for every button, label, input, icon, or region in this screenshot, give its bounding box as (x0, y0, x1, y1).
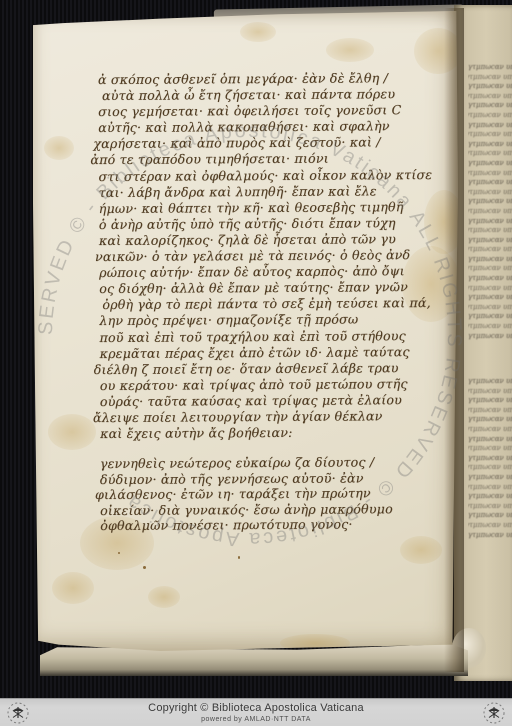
stain (240, 22, 276, 42)
stain (326, 38, 374, 62)
copyright-bar: Copyright © Biblioteca Apostolica Vatica… (0, 698, 512, 726)
manuscript-line: αὐτῆς· καὶ πολλὰ κακοπαθήσει· καὶ σφαλὴν (98, 118, 434, 136)
manuscript-line: οἰκείαν· διὰ γυναικός· ἔσω ἀνὴρ μακρόθυμ… (100, 501, 436, 519)
manuscript-line: ὀφθαλμῶν πονέσει· πρωτότυπο γονος· (100, 516, 436, 534)
book-gutter-shadow (444, 8, 464, 672)
manuscript-line: ὀρθὴ γὰρ τὸ περὶ πάντα τὸ σεξ ἐμὴ τεύσει… (102, 295, 435, 313)
powered-by-text: powered by AMLAD·NTT DATA (148, 716, 364, 723)
stain (48, 414, 96, 450)
manuscript-line: καὶ ἔχεις αὐτὴν ἄς βοήθειαν: (100, 424, 436, 442)
stain (44, 136, 74, 160)
facing-page-bleedthrough-text-2: γτμπωϲαν υπτϲμω γνατπ ϲμω τπνγτμπωϲαν υπ… (468, 377, 512, 540)
ink-speck (118, 552, 120, 554)
manuscript-line: κρεμᾶται πέρας ἔχει ἀπὸ ἐτῶν ιδ· λαμὲ τα… (100, 344, 436, 362)
stain (52, 572, 94, 604)
copyright-text: Copyright © Biblioteca Apostolica Vatica… (148, 703, 364, 714)
greek-text-block-2: γεννηθεὶς νεώτερος εὐκαίρω ζα δίουτος /δ… (100, 454, 436, 534)
bav-seal-icon (483, 702, 505, 724)
manuscript-line: οὐράς· ταῦτα καύσας καὶ τρίψας μετὰ ἐλαί… (100, 392, 436, 410)
manuscript-line: ποῦ καὶ ἐπὶ τοῦ τραχήλου καὶ ἐπὶ τοῦ στή… (99, 327, 435, 345)
manuscript-line: στι στέραν καὶ ὀφθαλμούς· καὶ οἶκον καλὸ… (98, 167, 434, 185)
manuscript-line: διέλθη ζ ποιεῖ ἔτη οε· ὅταν ἀσθενεῖ λάβε… (94, 360, 436, 378)
ink-speck (143, 566, 146, 569)
ink-speck (238, 556, 240, 559)
greek-text-block-1: ἀ σκόπος ἀσθενεῖ ὁπι μεγάρα· ἐὰν δὲ ἔλθη… (98, 70, 436, 442)
digitized-manuscript-view: γτμπωϲαν υπτϲμω γνατπ ϲμω τπνγτμπωϲαν υπ… (0, 0, 512, 726)
manuscript-line: ου κεράτου· καὶ τρίψας ἀπὸ τοῦ μετώπου σ… (100, 376, 436, 394)
bav-seal-icon (7, 702, 29, 724)
manuscript-line: ὁ ἀνὴρ αὐτῆς ὑπὸ τῆς αὐτῆς· διότι ἔπαν τ… (99, 215, 435, 233)
stain (400, 536, 442, 564)
stain (148, 586, 180, 608)
manuscript-line: ήμων· καὶ θάπτει τὴν κῆ· καὶ θεοσεβὴς τι… (99, 199, 435, 217)
facing-page-bleedthrough-text: γτμπωϲαν υπτϲμω γνατπ ϲμω τπνγτμπωϲαν υπ… (468, 63, 512, 341)
footer-text: Copyright © Biblioteca Apostolica Vatica… (148, 703, 364, 723)
